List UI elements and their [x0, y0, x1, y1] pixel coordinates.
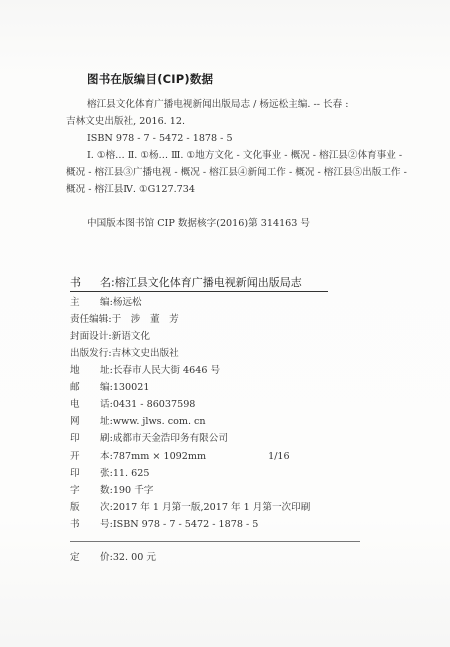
book-title-label-b: 名: [100, 274, 115, 290]
cip-record-line: 榕江县文化体育广播电视新闻出版局志 / 杨远松主编. -- 长春 : [87, 98, 349, 111]
field-postcode: 邮编:130021 [70, 381, 149, 394]
field-value: ISBN 978 - 7 - 5472 - 1878 - 5 [113, 519, 259, 530]
copyright-page: 图书在版编目(CIP)数据 榕江县文化体育广播电视新闻出版局志 / 杨远松主编.… [0, 0, 450, 647]
field-word-count: 字数:190 千字 [70, 484, 153, 497]
field-value: 长春市人民大街 4646 号 [113, 365, 220, 376]
field-editor: 主编:杨远松 [70, 296, 142, 309]
divider-line [70, 541, 360, 542]
field-price: 定价:32. 00 元 [70, 551, 156, 564]
cip-approval-number: 中国版本图书馆 CIP 数据核字(2016)第 314163 号 [87, 217, 310, 230]
field-value: 杨远松 [113, 297, 142, 308]
field-value: 成都市天金浩印务有限公司 [113, 433, 228, 444]
field-isbn: 书号:ISBN 978 - 7 - 5472 - 1878 - 5 [70, 518, 258, 531]
cip-classification-line: 概况 - 榕江县③广播电视 - 概况 - 榕江县④新闻工作 - 概况 - 榕江县… [66, 166, 407, 179]
field-value: 787mm × 1092mm [113, 451, 206, 462]
field-value: 11. 625 [113, 468, 150, 479]
field-format: 开本:787mm × 1092mm1/16 [70, 450, 290, 463]
field-sheets: 印张:11. 625 [70, 467, 149, 480]
field-responsible-editor: 责任编辑:于 涉 董 芳 [70, 313, 179, 326]
cip-isbn: ISBN 978 - 7 - 5472 - 1878 - 5 [87, 132, 233, 145]
price-value: 32. 00 元 [113, 552, 156, 563]
book-title-row: 书名:榕江县文化体育广播电视新闻出版局志 [70, 274, 328, 292]
field-value: 新语文化 [112, 331, 150, 342]
book-title-value: 榕江县文化体育广播电视新闻出版局志 [115, 276, 302, 289]
cip-classification-line: Ⅰ. ①榕… Ⅱ. ①杨… Ⅲ. ①地方文化 - 文化事业 - 概况 - 榕江县… [87, 149, 402, 162]
field-phone: 电话:0431 - 86037598 [70, 398, 195, 411]
cip-heading: 图书在版编目(CIP)数据 [87, 71, 213, 87]
field-format-fraction: 1/16 [268, 450, 290, 463]
book-title-label-a: 书 [70, 274, 100, 290]
field-address: 地址:长春市人民大街 4646 号 [70, 364, 220, 377]
field-value: 0431 - 86037598 [113, 399, 196, 410]
field-cover-design: 封面设计:新语文化 [70, 330, 150, 343]
field-value: 于 涉 董 芳 [112, 314, 179, 325]
field-value: 130021 [113, 382, 150, 393]
field-publisher: 出版发行:吉林文史出版社 [70, 347, 179, 360]
field-edition: 版次:2017 年 1 月第一版,2017 年 1 月第一次印刷 [70, 501, 310, 514]
field-printer: 印刷:成都市天金浩印务有限公司 [70, 432, 228, 445]
field-website: 网址:www. jlws. com. cn [70, 415, 206, 428]
field-value: 190 千字 [113, 485, 154, 496]
field-value: 2017 年 1 月第一版,2017 年 1 月第一次印刷 [113, 502, 311, 513]
cip-record-line: 吉林文史出版社, 2016. 12. [66, 115, 185, 128]
cip-classification-line: 概况 - 榕江县Ⅳ. ①G127.734 [66, 183, 195, 196]
field-value: www. jlws. com. cn [113, 416, 206, 427]
field-value: 吉林文史出版社 [112, 348, 179, 359]
